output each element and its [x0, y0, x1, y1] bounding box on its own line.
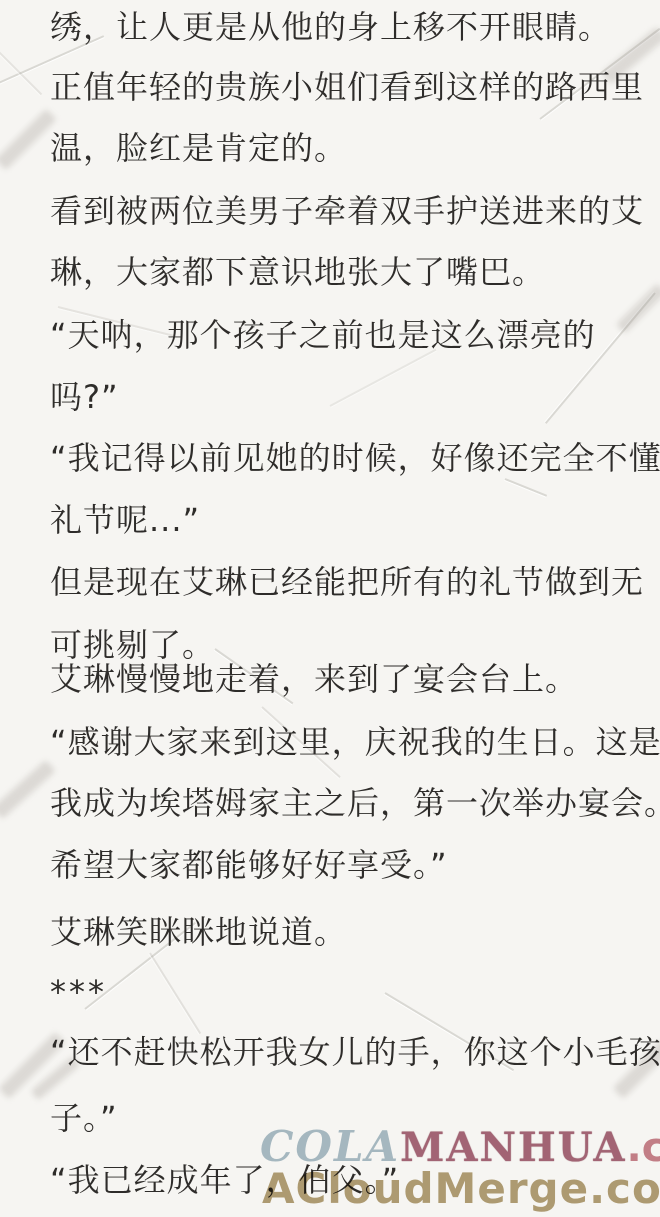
text-line: “我记得以前见她的时候，好像还完全不懂: [50, 438, 660, 478]
text-line: “我已经成年了，伯父。”: [50, 1160, 399, 1200]
text-line: 艾琳笑眯眯地说道。: [50, 912, 347, 952]
text-line: “天呐，那个孩子之前也是这么漂亮的: [50, 315, 596, 355]
novel-reader-page: 绣，让人更是从他的身上移不开眼睛。 正值年轻的贵族小姐们看到这样的路西里 温，脸…: [0, 0, 660, 1217]
text-line: 艾琳慢慢地走着，来到了宴会台上。: [50, 659, 578, 699]
background-streak: [330, 349, 437, 407]
background-streak: [149, 952, 201, 1034]
watermark-manhua-text: MANHUA: [400, 1124, 626, 1171]
text-line: 但是现在艾琳已经能把所有的礼节做到无: [50, 562, 644, 602]
text-line: “还不赶快松开我女儿的手，你这个小毛孩: [50, 1032, 660, 1072]
background-streak: [505, 478, 547, 497]
text-line: 我成为埃塔姆家主之后，第一次举办宴会。: [50, 783, 660, 823]
text-line: 正值年轻的贵族小姐们看到这样的路西里: [50, 67, 644, 107]
text-line: 希望大家都能够好好享受。”: [50, 845, 448, 885]
text-line: 看到被两位美男子牵着双手护送进来的艾: [50, 191, 644, 231]
faint-watermark-smudge: [0, 760, 56, 819]
watermark-dotcom-text: .com: [627, 1125, 660, 1171]
background-streak: [0, 44, 42, 95]
text-line: “感谢大家来到这里，庆祝我的生日。这是: [50, 722, 660, 762]
text-line: 温，脸红是肯定的。: [50, 128, 347, 168]
faint-watermark-smudge: [616, 283, 660, 333]
background-streak: [545, 292, 656, 424]
text-line: 子。”: [50, 1098, 118, 1138]
scene-break-asterisks: ***: [50, 972, 107, 1012]
faint-watermark-smudge: [0, 109, 57, 171]
text-line: 琳，大家都下意识地张大了嘴巴。: [50, 252, 545, 292]
text-line: 礼节呢...”: [50, 500, 200, 540]
text-line: 吗?”: [50, 377, 119, 417]
text-line: 绣，让人更是从他的身上移不开眼睛。: [50, 7, 611, 47]
